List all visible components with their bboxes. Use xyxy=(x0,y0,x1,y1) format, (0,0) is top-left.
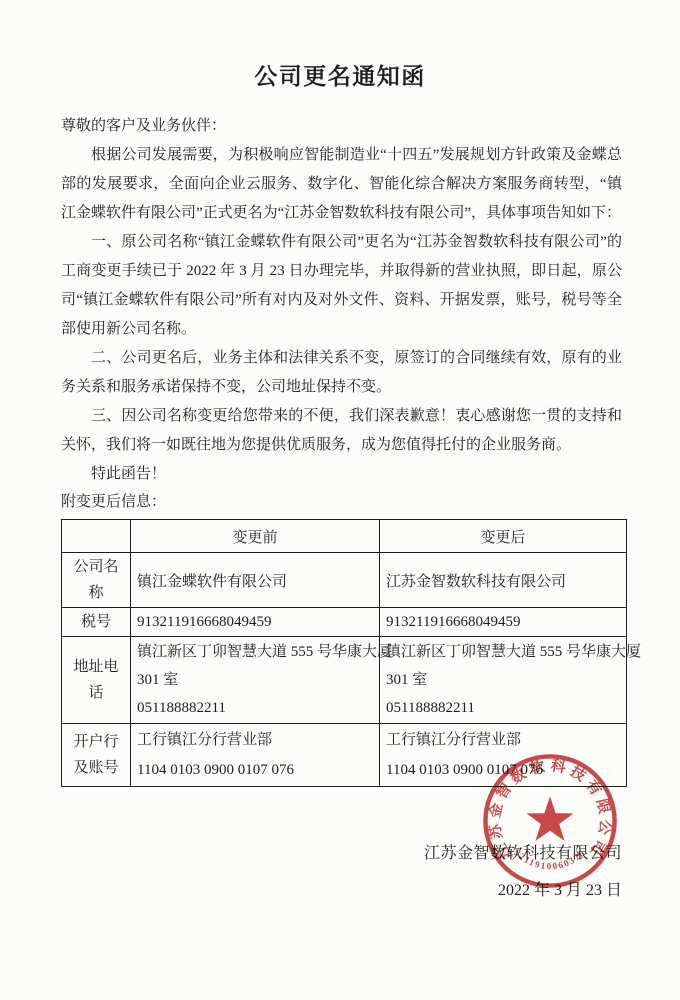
column-header-before: 变更前 xyxy=(131,520,380,553)
column-header-after: 变更后 xyxy=(380,520,627,553)
address-line-2: 301 室 xyxy=(386,666,620,694)
letter-body: 尊敬的客户及业务伙伴： 根据公司发展需要，为积极响应智能制造业“十四五”发展规划… xyxy=(61,112,622,902)
row-label-bank-account: 开户行及账号 xyxy=(62,724,131,787)
bank-name: 工行镇江分行营业部 xyxy=(137,725,373,755)
bank-account-before: 工行镇江分行营业部 1104 0103 0900 0107 076 xyxy=(131,724,380,787)
company-name-after: 江苏金智数软科技有限公司 xyxy=(380,553,627,608)
signature-block: 江苏金智数软科技有限公司 2022 年 3 月 23 日 xyxy=(61,843,622,902)
address-line-1: 镇江新区丁卯智慧大道 555 号华康大厦 xyxy=(386,638,620,666)
paragraph-item-1: 一、原公司名称“镇江金蝶软件有限公司”更名为“江苏金智数软科技有限公司”的工商变… xyxy=(61,228,622,344)
account-number: 1104 0103 0900 0107 076 xyxy=(386,755,620,785)
letter-page: 公司更名通知函 尊敬的客户及业务伙伴： 根据公司发展需要，为积极响应智能制造业“… xyxy=(0,0,680,1000)
paragraph-item-3: 三、因公司名称变更给您带来的不便，我们深表歉意！衷心感谢您一贯的支持和关怀，我们… xyxy=(61,402,622,460)
signature-date: 2022 年 3 月 23 日 xyxy=(61,880,622,902)
bank-name: 工行镇江分行营业部 xyxy=(386,725,620,755)
table-corner-cell xyxy=(62,520,131,553)
page-title: 公司更名通知函 xyxy=(0,0,680,92)
phone-number: 051188882211 xyxy=(137,694,373,722)
closing-line: 特此函告！ xyxy=(61,460,622,489)
salutation: 尊敬的客户及业务伙伴： xyxy=(61,112,622,141)
phone-number: 051188882211 xyxy=(386,694,620,722)
address-line-1: 镇江新区丁卯智慧大道 555 号华康大厦 xyxy=(137,638,373,666)
row-label-address-phone: 地址电话 xyxy=(62,637,131,724)
table-row-tax-number: 税号 913211916668049459 913211916668049459 xyxy=(62,608,627,637)
address-line-2: 301 室 xyxy=(137,666,373,694)
signature-company: 江苏金智数软科技有限公司 xyxy=(61,843,622,865)
tax-number-before: 913211916668049459 xyxy=(131,608,380,637)
table-row-company-name: 公司名称 镇江金蝶软件有限公司 江苏金智数软科技有限公司 xyxy=(62,553,627,608)
paragraph-intro: 根据公司发展需要，为积极响应智能制造业“十四五”发展规划方针政策及金蝶总部的发展… xyxy=(61,141,622,228)
table-row-bank-account: 开户行及账号 工行镇江分行营业部 1104 0103 0900 0107 076… xyxy=(62,724,627,787)
row-label-tax-number: 税号 xyxy=(62,608,131,637)
row-label-company-name: 公司名称 xyxy=(62,553,131,608)
paragraph-item-2: 二、公司更名后，业务主体和法律关系不变，原签订的合同继续有效，原有的业务关系和服… xyxy=(61,344,622,402)
attachment-label: 附变更后信息： xyxy=(61,489,622,516)
address-phone-after: 镇江新区丁卯智慧大道 555 号华康大厦 301 室 051188882211 xyxy=(380,637,627,724)
bank-account-after: 工行镇江分行营业部 1104 0103 0900 0107 076 xyxy=(380,724,627,787)
change-info-table: 变更前 变更后 公司名称 镇江金蝶软件有限公司 江苏金智数软科技有限公司 税号 … xyxy=(61,519,627,787)
table-header-row: 变更前 变更后 xyxy=(62,520,627,553)
table-row-address-phone: 地址电话 镇江新区丁卯智慧大道 555 号华康大厦 301 室 05118888… xyxy=(62,637,627,724)
company-name-before: 镇江金蝶软件有限公司 xyxy=(131,553,380,608)
account-number: 1104 0103 0900 0107 076 xyxy=(137,755,373,785)
tax-number-after: 913211916668049459 xyxy=(380,608,627,637)
address-phone-before: 镇江新区丁卯智慧大道 555 号华康大厦 301 室 051188882211 xyxy=(131,637,380,724)
